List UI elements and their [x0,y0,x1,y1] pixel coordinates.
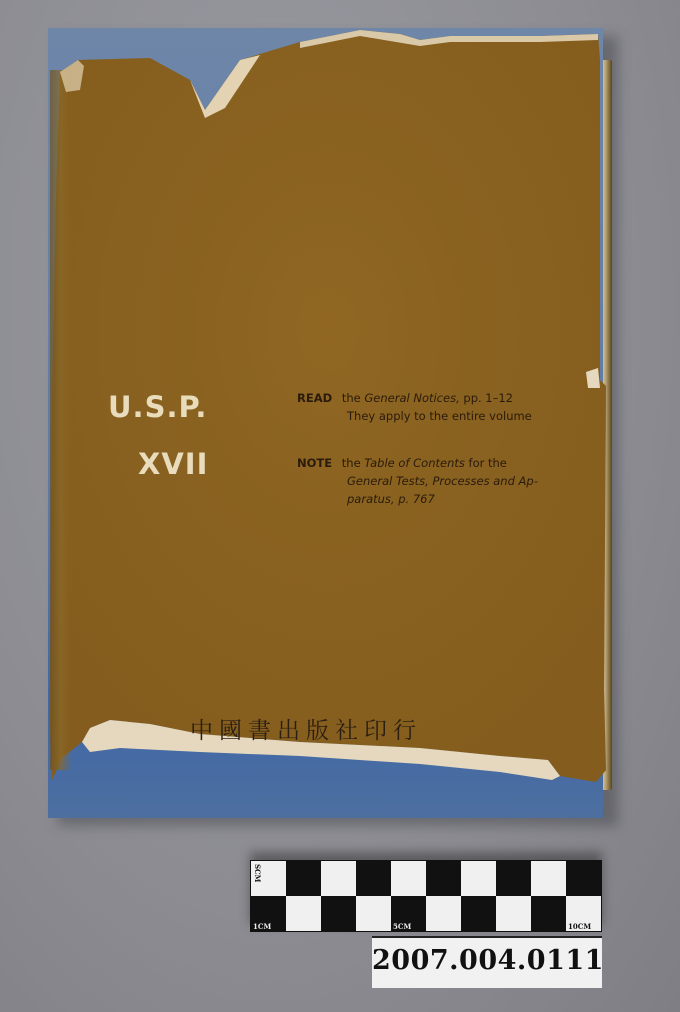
scale-cell [531,861,566,896]
scale-cell [496,861,531,896]
accession-number: 2007.004.0111 [372,945,602,976]
scale-label-start: 1CM [253,922,271,931]
scale-label-side: SCM [253,864,262,882]
scale-cell [321,896,356,931]
accession-label: 2007.004.0111 [372,936,602,988]
scale-cell [496,896,531,931]
notice-read: READ the General Notices, pp. 1–12 They … [297,389,557,425]
scale-cell [391,861,426,896]
scale-label-mid: 5CM [393,922,411,931]
scale-bar: SCM 1CM 5CM 10CM [250,860,602,932]
notice-read-keyword: READ [297,391,332,405]
scale-cell [566,861,601,896]
scale-cell [356,896,391,931]
title-usp: U.S.P. [108,390,207,424]
title-edition: XVII [138,447,208,481]
scale-cell [356,861,391,896]
scale-label-end: 10CM [568,922,591,931]
scale-cell [426,896,461,931]
publisher-imprint: 中國書出版社印行 [190,712,422,745]
scale-cell [286,896,321,931]
scale-cell [461,896,496,931]
notice-note: NOTE the Table of Contents for the Gener… [297,454,557,508]
scale-cell [531,896,566,931]
scale-cell [286,861,321,896]
scale-cell [426,861,461,896]
scale-cell [321,861,356,896]
scale-cell [461,861,496,896]
notice-note-keyword: NOTE [297,456,332,470]
